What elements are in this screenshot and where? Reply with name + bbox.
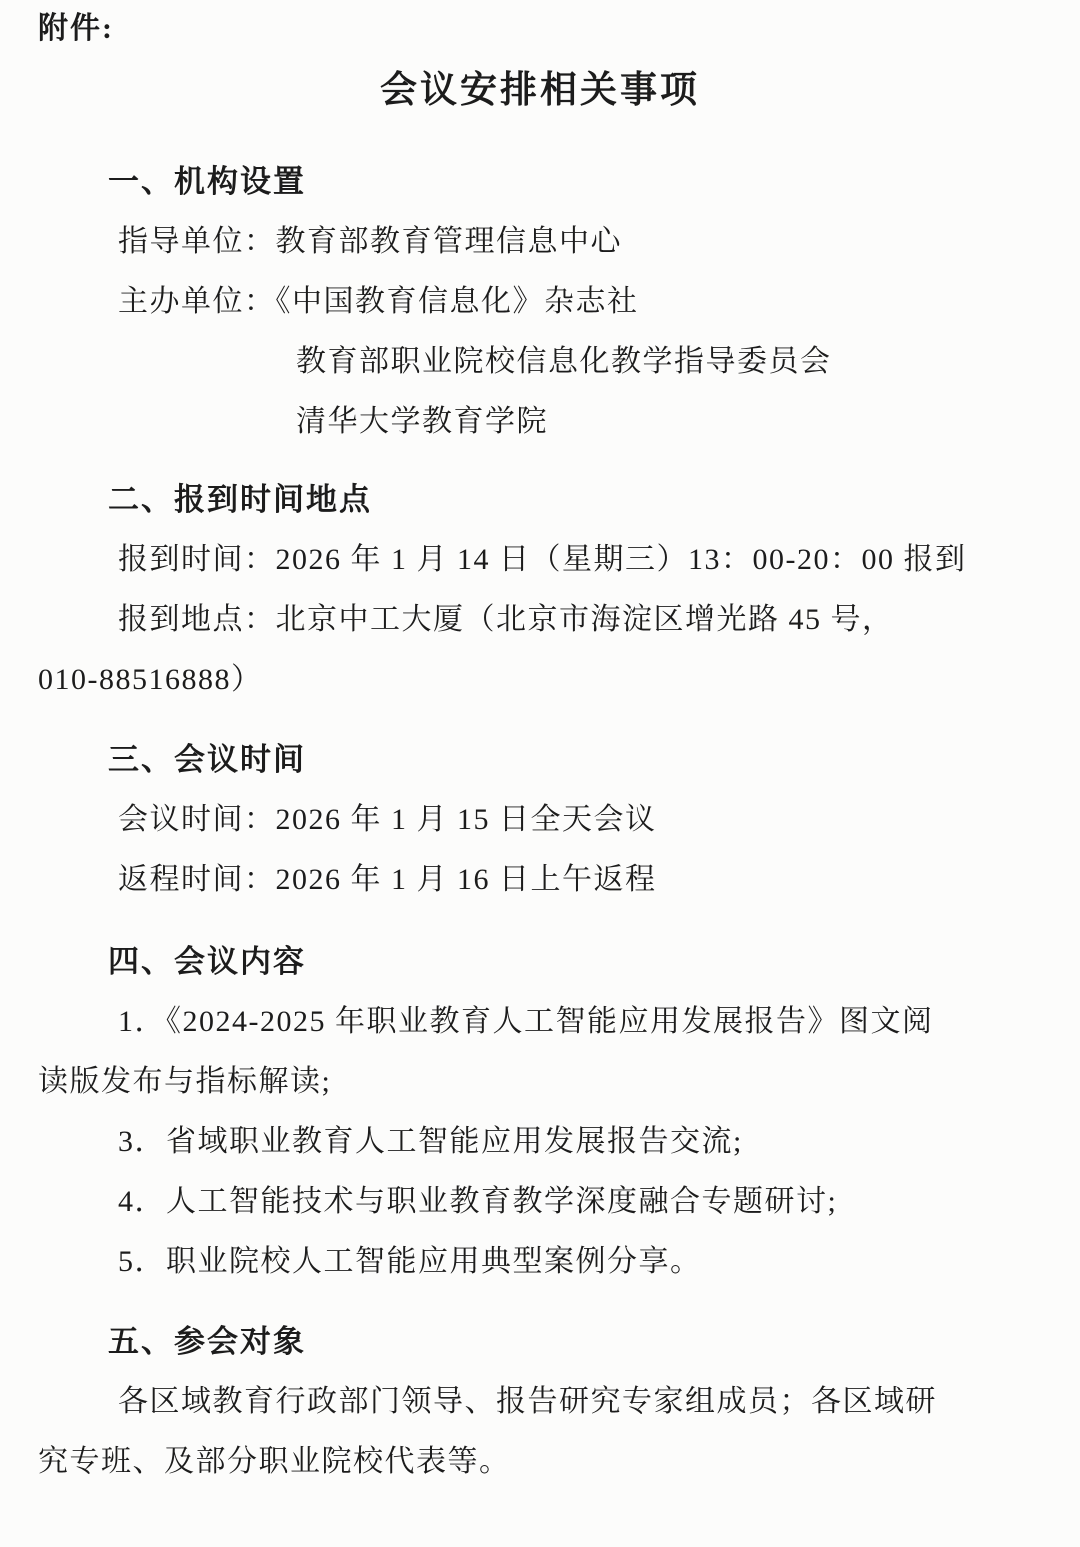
section-checkin: 二、报到时间地点 报到时间：2026 年 1 月 14 日（星期三）13：00-… [38, 470, 1042, 710]
agenda-item-4-line: 4．人工智能技术与职业教育教学深度融合专题研讨; [38, 1172, 1042, 1232]
section-organization-heading: 一、机构设置 [38, 152, 1042, 212]
host-unit-line-2: 教育部职业院校信息化教学指导委员会 [38, 332, 1042, 392]
section-organization: 一、机构设置 指导单位：教育部教育管理信息中心 主办单位：《中国教育信息化》杂志… [38, 152, 1042, 452]
agenda-item-3-line: 3．省域职业教育人工智能应用发展报告交流; [38, 1112, 1042, 1172]
checkin-time-line: 报到时间：2026 年 1 月 14 日（星期三）13：00-20：00 报到 [38, 530, 1042, 590]
agenda-item-1-line: 1．《2024-2025 年职业教育人工智能应用发展报告》图文阅 [38, 992, 1042, 1052]
section-agenda-heading: 四、会议内容 [38, 932, 1042, 992]
agenda-item-5-line: 5．职业院校人工智能应用典型案例分享。 [38, 1232, 1042, 1292]
checkin-phone-line: 010-88516888） [38, 650, 1042, 710]
meeting-time-line: 会议时间：2026 年 1 月 15 日全天会议 [38, 790, 1042, 850]
return-time-line: 返程时间：2026 年 1 月 16 日上午返程 [38, 850, 1042, 910]
host-unit-line: 主办单位：《中国教育信息化》杂志社 [38, 272, 1042, 332]
section-attendees: 五、参会对象 各区域教育行政部门领导、报告研究专家组成员；各区域研 究专班、及部… [38, 1312, 1042, 1492]
attachment-label: 附件: [38, 6, 1042, 52]
attendees-line-2: 究专班、及部分职业院校代表等。 [38, 1432, 1042, 1492]
document-title: 会议安排相关事项 [38, 62, 1042, 120]
section-attendees-heading: 五、参会对象 [38, 1312, 1042, 1372]
section-checkin-heading: 二、报到时间地点 [38, 470, 1042, 530]
agenda-item-1-cont-line: 读版发布与指标解读; [38, 1052, 1042, 1112]
checkin-place-line: 报到地点：北京中工大厦（北京市海淀区增光路 45 号， [38, 590, 1042, 650]
document-page: 附件: 会议安排相关事项 一、机构设置 指导单位：教育部教育管理信息中心 主办单… [0, 0, 1080, 1547]
section-agenda: 四、会议内容 1．《2024-2025 年职业教育人工智能应用发展报告》图文阅 … [38, 932, 1042, 1292]
section-meeting-time: 三、会议时间 会议时间：2026 年 1 月 15 日全天会议 返程时间：202… [38, 730, 1042, 910]
attendees-line-1: 各区域教育行政部门领导、报告研究专家组成员；各区域研 [38, 1372, 1042, 1432]
guiding-unit-line: 指导单位：教育部教育管理信息中心 [38, 212, 1042, 272]
section-meeting-time-heading: 三、会议时间 [38, 730, 1042, 790]
host-unit-line-3: 清华大学教育学院 [38, 392, 1042, 452]
